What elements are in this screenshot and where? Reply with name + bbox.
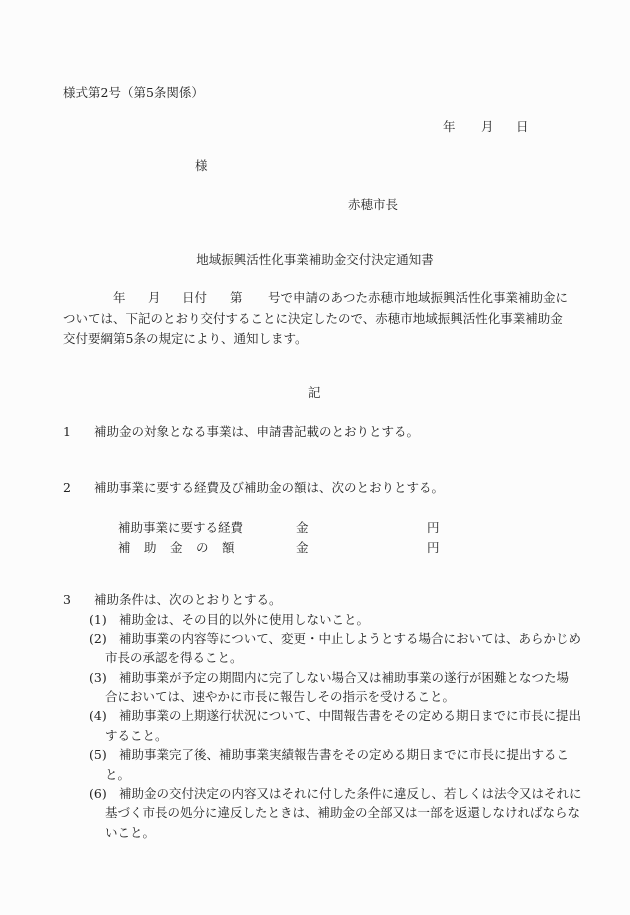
- intro-month: 月: [148, 292, 161, 305]
- document-title: 地域振興活性化事業補助金交付決定通知書: [0, 254, 630, 267]
- item-1-number: 1: [63, 426, 71, 439]
- condition-2-line-1: 補助事業の内容等について、変更・中止しようとする場合においては、あらかじめ: [119, 633, 581, 646]
- amount-label-subsidy: 補 助 金 の 額: [118, 538, 235, 556]
- ki-heading: 記: [308, 387, 321, 400]
- amount-row-subsidy: 補 助 金 の 額 金 円: [0, 538, 630, 552]
- condition-2-number: (2): [89, 633, 107, 646]
- condition-3-number: (3): [89, 672, 107, 685]
- document-page: 様式第2号（第5条関係） 年 月 日 様 赤穂市長 地域振興活性化事業補助金交付…: [0, 0, 630, 915]
- amount-prefix-subsidy: 金: [296, 538, 309, 556]
- condition-5-number: (5): [89, 749, 107, 762]
- condition-3-line-1: 補助事業が予定の期間内に完了しない場合又は補助事業の遂行が困難となつた場: [119, 672, 569, 685]
- amount-prefix-expense: 金: [296, 518, 309, 536]
- document-title-text: 地域振興活性化事業補助金交付決定通知書: [196, 252, 434, 267]
- condition-3-line-2: 合においては、速やかに市長に報告しその指示を受けること。: [105, 691, 455, 704]
- form-number: 様式第2号（第5条関係）: [63, 87, 204, 100]
- date-day-label: 日: [516, 121, 529, 134]
- condition-5-line-1: 補助事業完了後、補助事業実績報告書をその定める期日までに市長に提出するこ: [119, 749, 569, 762]
- condition-1-number: (1): [89, 614, 107, 627]
- condition-6-line-2: 基づく市長の処分に違反したときは、補助金の全部又は一部を返還しなければならな: [105, 807, 580, 820]
- intro-line-2: ついては、下記のとおり交付することに決定したので、赤穂市地域振興活性化事業補助金: [63, 313, 563, 326]
- amount-suffix-expense: 円: [427, 518, 440, 536]
- condition-6-line-1: 補助金の交付決定の内容又はそれに付した条件に違反し、若しくは法令又はそれに: [119, 788, 582, 801]
- condition-5-line-2: と。: [105, 769, 130, 782]
- condition-4-line-1: 補助事業の上期遂行状況について、中間報告書をその定める期日までに市長に提出: [119, 710, 581, 723]
- condition-1-line-1: 補助金は、その目的以外に使用しないこと。: [119, 614, 369, 627]
- issuer-name: 赤穂市長: [348, 199, 398, 212]
- intro-line-3: 交付要綱第5条の規定により、通知します。: [63, 333, 307, 346]
- date-line: 年 月 日: [0, 121, 630, 135]
- date-year-label: 年: [443, 121, 456, 134]
- item-3-number: 3: [63, 594, 71, 607]
- condition-4-number: (4): [89, 710, 107, 723]
- intro-year: 年: [113, 292, 126, 305]
- amount-suffix-subsidy: 円: [427, 538, 440, 556]
- amount-label-expense: 補助事業に要する経費: [118, 518, 243, 536]
- item-1-text: 補助金の対象となる事業は、申請書記載のとおりとする。: [94, 426, 419, 439]
- intro-dai: 第: [230, 292, 243, 305]
- addressee-suffix: 様: [195, 160, 208, 173]
- condition-6-number: (6): [89, 788, 107, 801]
- item-3-text: 補助条件は、次のとおりとする。: [94, 594, 282, 607]
- intro-line-1: 年 月 日付 第 号で申請のあつた赤穂市地域振興活性化事業補助金に: [0, 292, 630, 306]
- condition-4-line-2: すること。: [105, 730, 168, 743]
- condition-6-line-3: いこと。: [105, 827, 155, 840]
- intro-rest: 号で申請のあつた赤穂市地域振興活性化事業補助金に: [268, 292, 568, 305]
- intro-day: 日付: [182, 292, 207, 305]
- condition-2-line-2: 市長の承認を得ること。: [105, 652, 243, 665]
- item-2-number: 2: [63, 482, 71, 495]
- item-2-text: 補助事業に要する経費及び補助金の額は、次のとおりとする。: [94, 482, 444, 495]
- amount-row-expense: 補助事業に要する経費 金 円: [0, 518, 630, 532]
- date-month-label: 月: [481, 121, 494, 134]
